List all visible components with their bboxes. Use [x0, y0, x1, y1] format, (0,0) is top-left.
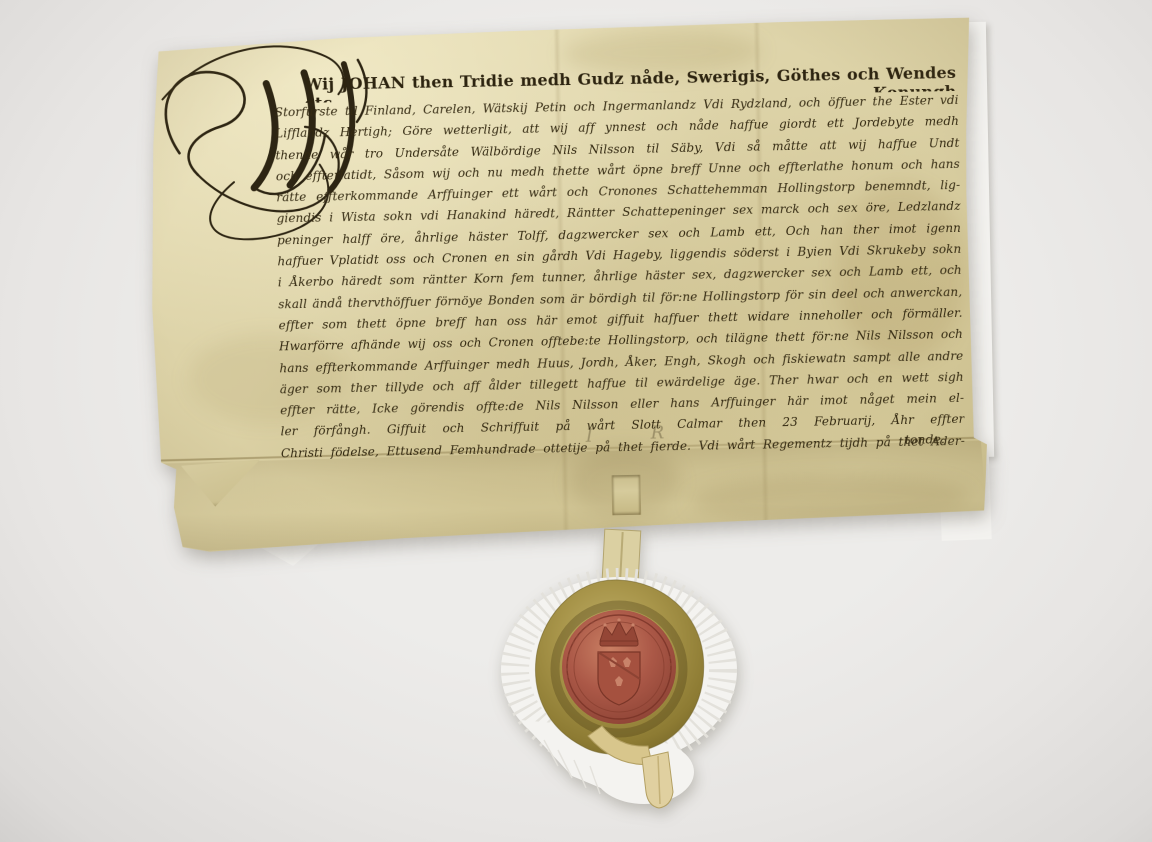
charter-line: och effterlatidt, Såsom wij och nu medh … — [276, 154, 960, 188]
vertical-fold-crease — [753, 22, 769, 540]
fold-crease-line — [159, 437, 981, 462]
charter-heading-line: Wij JOHAN then Tridie medh Gudz nåde, Sw… — [304, 63, 956, 103]
charter-line: i Åkerbo häredt som räntter Korn fem tun… — [278, 260, 962, 294]
charter-line: hans effterkommande Arffuinger medh Huus… — [279, 345, 963, 379]
red-seal-impression — [562, 610, 676, 724]
calligraphic-initial-flourish — [147, 28, 487, 250]
seal-tag-slit — [611, 475, 641, 516]
photograph-backdrop: Wij JOHAN then Tridie medh Gudz nåde, Sw… — [0, 0, 1152, 842]
parchment-sheet: Wij JOHAN then Tridie medh Gudz nåde, Sw… — [141, 10, 1001, 565]
fold-dog-ear-corner — [179, 460, 264, 508]
parchment-stain — [689, 473, 970, 526]
charter-line: haffuer Vplatidt oss och Cronen en sin g… — [277, 239, 961, 273]
charter-line: Lifflandz Hertigh; Göre wetterligit, att… — [275, 111, 959, 145]
vertical-fold-crease — [553, 26, 569, 544]
parchment-stain — [569, 446, 680, 518]
wax-seal-graphic — [492, 528, 752, 828]
charter-body-text: Storfurste til Finland, Carelen, Wätskij… — [275, 90, 966, 465]
faded-signature-mark: I — [586, 426, 594, 447]
charter-line: Storfurste til Finland, Carelen, Wätskij… — [275, 90, 959, 124]
charter-line: skall ändå thervthöffuer förnöye Bonden … — [278, 282, 962, 316]
charter-line: peninger halff öre, åhrlige häster Tolff… — [277, 218, 961, 252]
faded-signature-mark: R — [650, 422, 664, 443]
charter-line: Christi födelse, Ettusend Femhundrade ot… — [281, 431, 965, 465]
parchment-stain — [561, 28, 762, 76]
pendent-seal-assembly — [492, 528, 752, 828]
charter-line-continuation: tonde. — [905, 431, 945, 447]
parchment-stain — [187, 332, 349, 425]
charter-line: Hwarförre afhände wij oss och Cronen off… — [279, 324, 963, 358]
charter-line: äger som ther tillyde och aff ålder till… — [280, 367, 964, 401]
charter-line: effter rätte, Icke görendis offte:de Nil… — [280, 388, 964, 422]
parchment-charter: Wij JOHAN then Tridie medh Gudz nåde, Sw… — [141, 10, 1001, 565]
charter-line: rätte effterkommande Arffuinger ett wårt… — [276, 175, 960, 209]
charter-line: effter som thett öpne breff han oss här … — [278, 303, 962, 337]
parchment-stain — [834, 181, 967, 363]
charter-line: ler förfångh. Giffuit och Schriffuit på … — [280, 409, 964, 443]
charter-line: thenne wår tro Undersåte Wälbördige Nils… — [275, 132, 959, 166]
charter-line: giendis i Wista sokn vdi Hanakind häredt… — [277, 196, 961, 230]
